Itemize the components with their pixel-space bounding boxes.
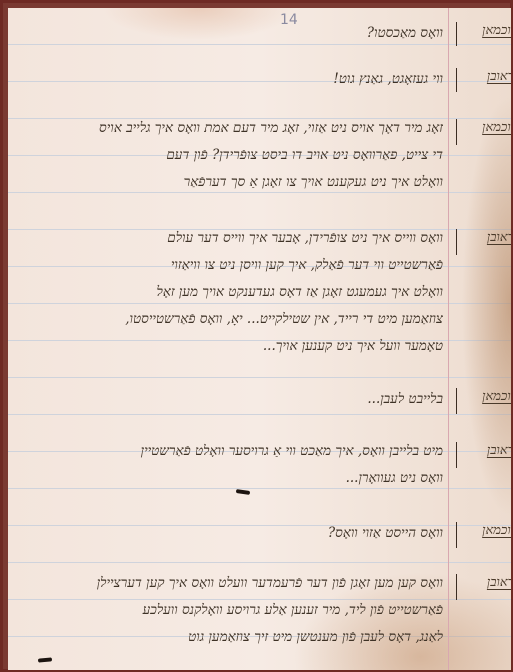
text-line: צוזאַמען מיט די רייד, אין שטילקייט... יא… xyxy=(20,306,443,333)
speaker-label: ווכמאן xyxy=(456,388,511,414)
dialogue-text: וואָס מאַכסטו? xyxy=(20,20,443,47)
speaker-label: ווכמאן xyxy=(456,522,511,548)
ink-blot xyxy=(236,489,250,495)
text-line: וואָלט איך געמעגט זאָגן אַז דאָס געדענקט… xyxy=(20,279,443,306)
text-line: טאָמער וועל איך ניט קענען אויך... xyxy=(20,333,443,360)
text-line: וואָס הייסט אַזוי וואָס? xyxy=(113,520,443,547)
speaker-label: ראובן xyxy=(456,68,511,92)
speaker-label: ראובן xyxy=(456,574,511,600)
text-line: מיט בלייבן וואָס, איך מאַכט ווי אַ גרויס… xyxy=(20,438,443,465)
text-line: וואָס ניט געוואָרן... xyxy=(20,465,443,492)
text-line: לאַנג, דאָס לעבן פֿון מענטשן מיט זיך צוז… xyxy=(20,624,443,651)
dialogue-text: זאָג מיר דאָך אויס ניט אַזוי, זאָג מיר ד… xyxy=(20,115,443,196)
text-line: זאָג מיר דאָך אויס ניט אַזוי, זאָג מיר ד… xyxy=(20,115,443,142)
dialogue-text: וואָס ווייס איך ניט צופֿרידן, אָבער איך … xyxy=(20,225,443,360)
dialogue-text: מיט בלייבן וואָס, איך מאַכט ווי אַ גרויס… xyxy=(20,438,443,492)
dialogue-text: וואָס קען מען זאָגן פֿון דער פֿרעמדער וו… xyxy=(20,570,443,651)
dialogue-text: ווי געזאָגט, גאַנץ גוט! xyxy=(20,66,443,93)
speaker-label: ווכמאן xyxy=(456,22,511,46)
text-line: ווי געזאָגט, גאַנץ גוט! xyxy=(20,66,443,93)
speaker-label: ראובן xyxy=(456,229,511,255)
text-line: פֿאַרשטייט פֿון ליד, מיר זענען אַלע גרוי… xyxy=(20,597,443,624)
ink-blot xyxy=(38,657,52,662)
text-line: די צייט, פאַרוואָס ניט אויב דו ביסט צופֿ… xyxy=(20,142,443,169)
text-line: וואָס ווייס איך ניט צופֿרידן, אָבער איך … xyxy=(20,225,443,252)
dialogue-text: בלייבט לעבן... xyxy=(113,386,443,413)
text-line: בלייבט לעבן... xyxy=(113,386,443,413)
speaker-label: ווכמאן xyxy=(456,119,511,145)
speaker-label: ראובן xyxy=(456,442,511,468)
dialogue-text: וואָס הייסט אַזוי וואָס? xyxy=(113,520,443,547)
text-line: וואָלט איך ניט געקענט אויך צו זאָגן אַ ס… xyxy=(20,169,443,196)
text-line: וואָס קען מען זאָגן פֿון דער פֿרעמדער וו… xyxy=(20,570,443,597)
notebook-page: 14 ווכמאן וואָס מאַכסטו? ראובן ווי געזאָ… xyxy=(8,8,511,670)
text-line: וואָס מאַכסטו? xyxy=(20,20,443,47)
text-line: פֿאַרשטייט ווי דער פֿאַלק, איך קען וויסן… xyxy=(20,252,443,279)
photo-frame: 14 ווכמאן וואָס מאַכסטו? ראובן ווי געזאָ… xyxy=(0,0,513,672)
margin-line xyxy=(448,8,449,670)
